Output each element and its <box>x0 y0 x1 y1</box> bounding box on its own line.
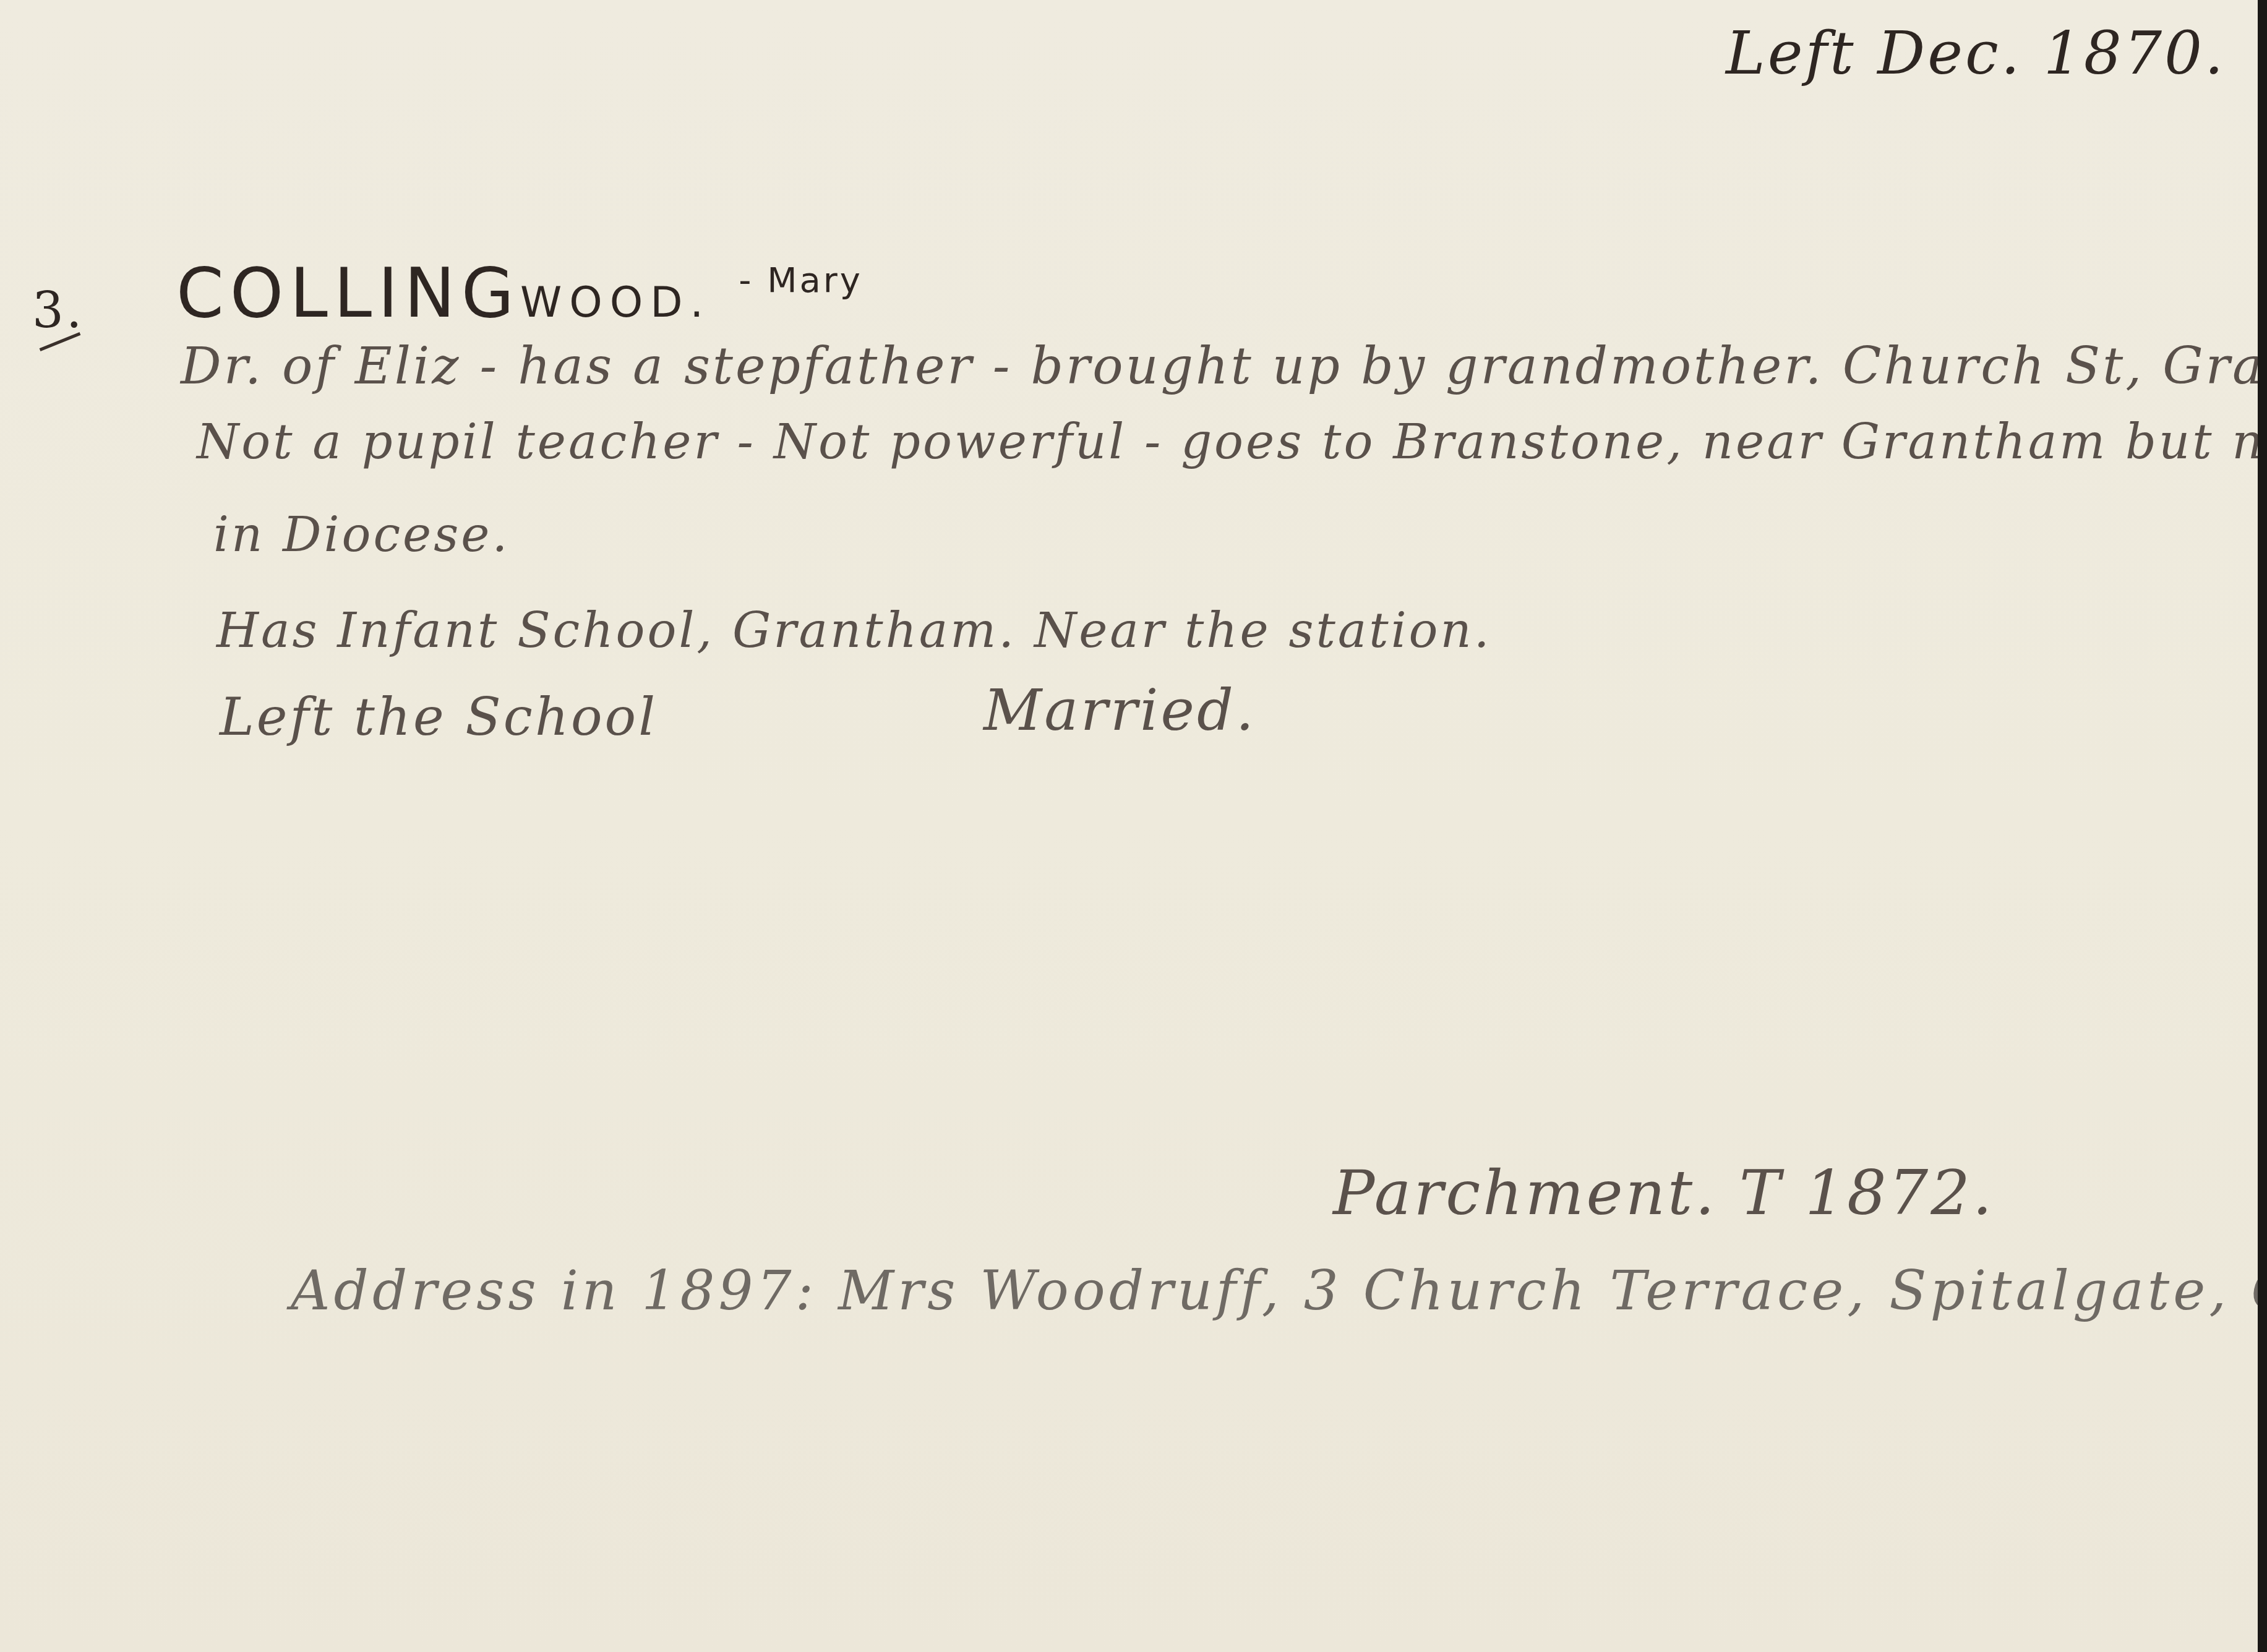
given-name: - Mary <box>739 260 863 301</box>
surname-caps: COLLING <box>176 254 520 333</box>
note-line-2: Not a pupil teacher - Not powerful - goe… <box>197 414 2267 470</box>
register-page: Left Dec. 1870. 3. COLLINGWOOD. - Mary D… <box>0 0 2259 1652</box>
left-school-reason: Married. <box>984 677 1256 743</box>
parchment-note: Parchment. T 1872. <box>1333 1157 1995 1229</box>
address-note: Address in 1897: Mrs Woodruff, 3 Church … <box>291 1259 2267 1322</box>
entry-name: COLLINGWOOD. - Mary <box>176 254 863 333</box>
left-date: Left Dec. 1870. <box>1726 19 2226 88</box>
note-line-3: in Diocese. <box>213 507 510 563</box>
page-edge <box>2258 0 2267 1652</box>
entry-number: 3. <box>32 281 84 339</box>
note-line-4: Has Infant School, Grantham. Near the st… <box>216 603 1492 659</box>
left-school-label: Left the School <box>220 687 658 747</box>
note-line-1: Dr. of Eliz - has a stepfather - brought… <box>181 337 2267 396</box>
surname-rest: WOOD. <box>520 278 711 327</box>
